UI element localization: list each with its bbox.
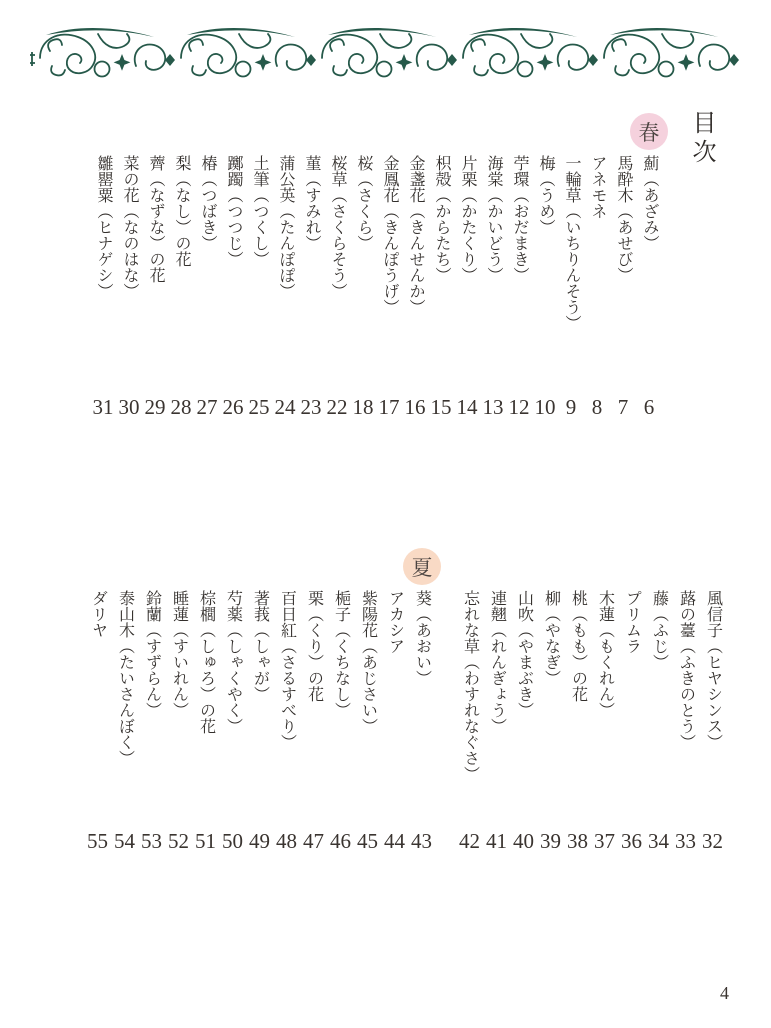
- toc-entry: 葵（あおい） 43: [408, 590, 435, 852]
- entry-title: 著莪（しゃが）: [247, 590, 273, 702]
- toc-entry: 海棠（かいどう） 13: [480, 155, 506, 418]
- entry-page-number: 50: [222, 830, 243, 852]
- toc-entry: 苧環（おだまき） 12: [506, 155, 532, 418]
- toc-entry: 桜草（さくらそう） 22: [324, 155, 350, 418]
- entry-page-number: 8: [592, 396, 603, 418]
- entry-page-number: 39: [540, 830, 561, 852]
- entry-page-number: 53: [141, 830, 162, 852]
- toc-entry: 木蓮（もくれん） 37: [591, 590, 618, 852]
- toc-entry: ダリヤ 55: [84, 590, 111, 852]
- entry-title: 一輪草（いちりんそう）: [558, 155, 584, 331]
- entry-title: 桜（さくら）: [350, 155, 376, 251]
- entry-title: 椿（つばき）: [194, 155, 220, 251]
- toc-entry: 百日紅（さるすべり） 48: [273, 590, 300, 852]
- entry-page-number: 10: [535, 396, 556, 418]
- entry-page-number: 40: [513, 830, 534, 852]
- entry-page-number: 37: [594, 830, 615, 852]
- toc-entry: 一輪草（いちりんそう） 9: [558, 155, 584, 418]
- book-page: 目次 春 薊（あざみ） 6 馬酔木（あせび） 7 アネモネ 8 一輪草（いちりん…: [0, 0, 771, 1028]
- toc-entry: 栗（くり）の花 47: [300, 590, 327, 852]
- toc-entry: 馬酔木（あせび） 7: [610, 155, 636, 418]
- season-badge-spring: 春: [630, 113, 668, 150]
- entry-title: 梅（うめ）: [532, 155, 558, 235]
- entry-page-number: 15: [431, 396, 452, 418]
- entry-page-number: 54: [114, 830, 135, 852]
- entry-title: 片栗（かたくり）: [454, 155, 480, 283]
- entry-page-number: 52: [168, 830, 189, 852]
- entry-title: 海棠（かいどう）: [480, 155, 506, 283]
- entry-page-number: 43: [411, 830, 432, 852]
- entry-title: 木蓮（もくれん）: [592, 590, 618, 718]
- entry-title: 泰山木（たいさんぼく）: [112, 590, 138, 766]
- entry-page-number: 13: [483, 396, 504, 418]
- toc-entry: 雛罌粟（ヒナゲシ） 31: [90, 155, 116, 418]
- entry-page-number: 23: [301, 396, 322, 418]
- toc-entry: 棕櫚（しゅろ）の花 51: [192, 590, 219, 852]
- entry-page-number: 14: [457, 396, 478, 418]
- entry-page-number: 24: [275, 396, 296, 418]
- entry-page-number: 30: [119, 396, 140, 418]
- ornamental-border: [28, 22, 742, 86]
- toc-entry: 金盞花（きんせんか） 16: [402, 155, 428, 418]
- toc-entry: 梔子（くちなし） 46: [327, 590, 354, 852]
- entry-page-number: 12: [509, 396, 530, 418]
- toc-entry: 著莪（しゃが） 49: [246, 590, 273, 852]
- entry-title: プリムラ: [619, 590, 645, 654]
- entry-title: 菜の花（なのはな）: [116, 155, 142, 299]
- toc-entry: 椿（つばき） 27: [194, 155, 220, 418]
- entry-title: 紫陽花（あじさい）: [355, 590, 381, 734]
- entry-page-number: 46: [330, 830, 351, 852]
- entry-page-number: 42: [459, 830, 480, 852]
- toc-entry: 藤（ふじ） 34: [645, 590, 672, 852]
- entry-title: 鈴蘭（すずらん）: [139, 590, 165, 718]
- entry-title: 枳殻（からたち）: [428, 155, 454, 283]
- entry-title: 棕櫚（しゅろ）の花: [193, 590, 219, 734]
- entry-page-number: 32: [702, 830, 723, 852]
- entry-page-number: 31: [93, 396, 114, 418]
- season-badge-summer: 夏: [403, 548, 441, 585]
- toc-entry: 梨（なし）の花 28: [168, 155, 194, 418]
- toc-block-2: 風信子（ヒヤシンス） 32 蕗の薹（ふきのとう） 33 藤（ふじ） 34 プリム…: [84, 590, 726, 852]
- entry-page-number: 18: [353, 396, 374, 418]
- entry-page-number: 9: [566, 396, 577, 418]
- entry-title: ダリヤ: [85, 590, 111, 638]
- entry-page-number: 44: [384, 830, 405, 852]
- entry-title: 金盞花（きんせんか）: [402, 155, 428, 315]
- entry-title: アネモネ: [584, 155, 610, 219]
- entry-page-number: 49: [249, 830, 270, 852]
- toc-entry: 桜（さくら） 18: [350, 155, 376, 418]
- toc-entry: アカシア 44: [381, 590, 408, 852]
- entry-title: 栗（くり）の花: [301, 590, 327, 702]
- toc-entry: 枳殻（からたち） 15: [428, 155, 454, 418]
- entry-page-number: 41: [486, 830, 507, 852]
- folio-page-number: 4: [720, 983, 729, 1004]
- toc-entry: 芍薬（しゃくやく） 50: [219, 590, 246, 852]
- entry-title: 蒲公英（たんぽぽ）: [272, 155, 298, 299]
- toc-entry: 蒲公英（たんぽぽ） 24: [272, 155, 298, 418]
- entry-page-number: 45: [357, 830, 378, 852]
- entry-page-number: 25: [249, 396, 270, 418]
- entry-title: 馬酔木（あせび）: [610, 155, 636, 283]
- toc-entry: 山吹（やまぶき） 40: [510, 590, 537, 852]
- entry-page-number: 51: [195, 830, 216, 852]
- toc-entry: 鈴蘭（すずらん） 53: [138, 590, 165, 852]
- entry-title: 雛罌粟（ヒナゲシ）: [90, 155, 116, 299]
- toc-entry: 土筆（つくし） 25: [246, 155, 272, 418]
- entry-page-number: 22: [327, 396, 348, 418]
- toc-entry: 桃（もも）の花 38: [564, 590, 591, 852]
- toc-entry: 躑躅（つつじ） 26: [220, 155, 246, 418]
- entry-page-number: 38: [567, 830, 588, 852]
- toc-entry: 連翹（れんぎょう） 41: [483, 590, 510, 852]
- entry-title: 連翹（れんぎょう）: [484, 590, 510, 734]
- entry-page-number: 29: [145, 396, 166, 418]
- toc-group-summer: 夏 葵（あおい） 43 アカシア 44 紫陽花（あじさい） 45 梔: [84, 590, 435, 852]
- page-title: 目次: [684, 110, 719, 168]
- entry-title: 百日紅（さるすべり）: [274, 590, 300, 750]
- entry-page-number: 27: [197, 396, 218, 418]
- toc-entry: 蕗の薹（ふきのとう） 33: [672, 590, 699, 852]
- entry-page-number: 55: [87, 830, 108, 852]
- toc-entry: 片栗（かたくり） 14: [454, 155, 480, 418]
- entry-page-number: 47: [303, 830, 324, 852]
- entry-title: アカシア: [382, 590, 408, 654]
- entry-title: 風信子（ヒヤシンス）: [700, 590, 726, 750]
- entry-title: 梔子（くちなし）: [328, 590, 354, 718]
- toc-entry: 睡蓮（すいれん） 52: [165, 590, 192, 852]
- entry-page-number: 17: [379, 396, 400, 418]
- toc-entry: 忘れな草（わすれなぐさ） 42: [456, 590, 483, 852]
- entry-page-number: 7: [618, 396, 629, 418]
- entry-title: 苧環（おだまき）: [506, 155, 532, 283]
- toc-entry: 菜の花（なのはな） 30: [116, 155, 142, 418]
- entry-page-number: 28: [171, 396, 192, 418]
- entry-title: 薊（あざみ）: [636, 155, 662, 251]
- entry-title: 薺（なずな）の花: [142, 155, 168, 283]
- entry-page-number: 6: [644, 396, 655, 418]
- entry-title: 桃（もも）の花: [565, 590, 591, 702]
- entry-title: 藤（ふじ）: [646, 590, 672, 670]
- toc-entry: 薊（あざみ） 6: [636, 155, 662, 418]
- entry-title: 梨（なし）の花: [168, 155, 194, 267]
- toc-entry: 金鳳花（きんぽうげ） 17: [376, 155, 402, 418]
- toc-block-spring-1: 春 薊（あざみ） 6 馬酔木（あせび） 7 アネモネ 8 一輪草（いちりんそう）…: [90, 155, 662, 418]
- toc-entry: プリムラ 36: [618, 590, 645, 852]
- entry-title: 葵（あおい）: [409, 590, 435, 686]
- entry-page-number: 33: [675, 830, 696, 852]
- entry-page-number: 26: [223, 396, 244, 418]
- toc-entry: 泰山木（たいさんぼく） 54: [111, 590, 138, 852]
- entry-title: 蕗の薹（ふきのとう）: [673, 590, 699, 750]
- entry-title: 躑躅（つつじ）: [220, 155, 246, 267]
- entry-title: 土筆（つくし）: [246, 155, 272, 267]
- entry-title: 芍薬（しゃくやく）: [220, 590, 246, 734]
- entry-page-number: 36: [621, 830, 642, 852]
- toc-entry: 薺（なずな）の花 29: [142, 155, 168, 418]
- toc-entry: 菫（すみれ） 23: [298, 155, 324, 418]
- toc-group-spring-2: 風信子（ヒヤシンス） 32 蕗の薹（ふきのとう） 33 藤（ふじ） 34 プリム…: [456, 590, 726, 852]
- entry-title: 忘れな草（わすれなぐさ）: [457, 590, 483, 782]
- toc-entry: 梅（うめ） 10: [532, 155, 558, 418]
- entry-title: 桜草（さくらそう）: [324, 155, 350, 299]
- entry-title: 睡蓮（すいれん）: [166, 590, 192, 718]
- entry-title: 柳（やなぎ）: [538, 590, 564, 686]
- entry-title: 金鳳花（きんぽうげ）: [376, 155, 402, 315]
- toc-entry: 紫陽花（あじさい） 45: [354, 590, 381, 852]
- entry-page-number: 48: [276, 830, 297, 852]
- toc-entry: アネモネ 8: [584, 155, 610, 418]
- toc-entry: 風信子（ヒヤシンス） 32: [699, 590, 726, 852]
- toc-entry: 柳（やなぎ） 39: [537, 590, 564, 852]
- entry-page-number: 16: [405, 396, 426, 418]
- entry-title: 菫（すみれ）: [298, 155, 324, 251]
- entry-title: 山吹（やまぶき）: [511, 590, 537, 718]
- entry-page-number: 34: [648, 830, 669, 852]
